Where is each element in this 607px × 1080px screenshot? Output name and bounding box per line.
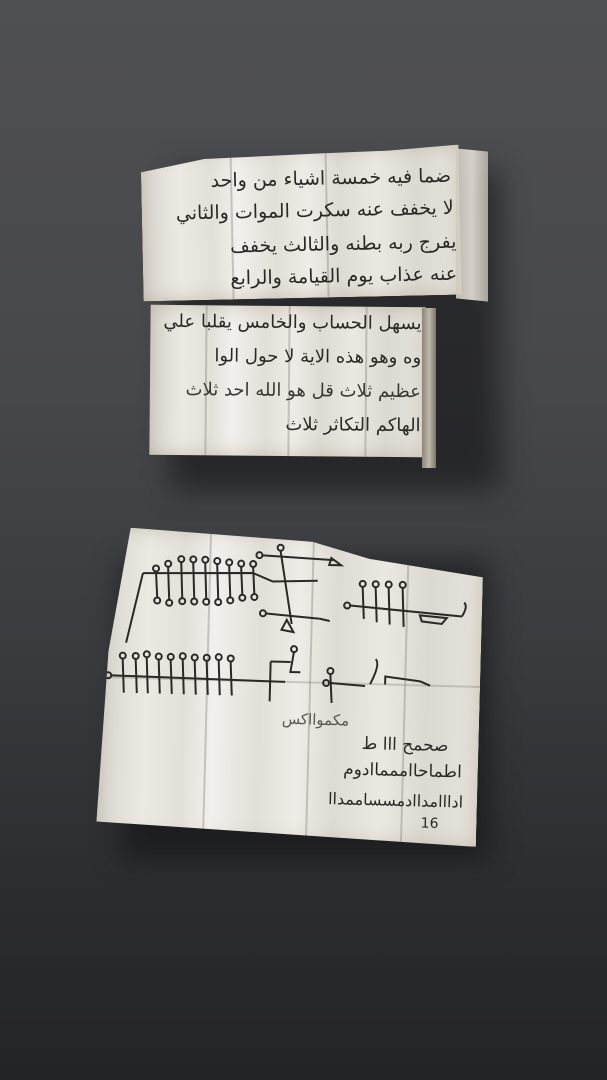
text-line: يسهل الحساب والخامس يقلبا علي	[163, 311, 421, 334]
text-line: مكموااكس	[282, 710, 350, 730]
text-line: ضما فيه خمسة اشياء من واحد	[210, 165, 451, 192]
text-line: عظيم ثلاث قل هو الله احد ثلاث	[185, 379, 421, 402]
text-line: لا يخفف عنه سكرت الموات والثاني	[176, 197, 454, 225]
text-line: اطماحااممماادوم	[343, 759, 462, 782]
top-fragment-side-edge	[422, 308, 436, 468]
text-line: وه وهو هذه الاية لا حول الوا	[214, 345, 421, 368]
text-line: الهاكم التكاثر ثلاث	[285, 414, 420, 436]
bottom-fragment: مكموااكس صحمح ااا ط اطماحااممماادوم اداا…	[96, 527, 484, 847]
text-line: ادااامداادمسساممداا	[328, 789, 463, 812]
top-fragment-lower: يسهل الحساب والخامس يقلبا علي وه وهو هذه…	[149, 305, 425, 457]
top-fragment-upper: ضما فيه خمسة اشياء من واحد لا يخفف عنه س…	[140, 145, 461, 302]
text-line: عنه عذاب يوم القيامة والرابع	[230, 263, 457, 290]
text-line: 16	[420, 815, 438, 831]
text-line: يفرج ربه بطنه والثالث يخفف	[230, 231, 457, 258]
text-line: صحمح ااا ط	[361, 734, 448, 756]
top-fragment-folded-edge	[456, 148, 488, 301]
talisman-symbols-icon	[100, 527, 484, 707]
